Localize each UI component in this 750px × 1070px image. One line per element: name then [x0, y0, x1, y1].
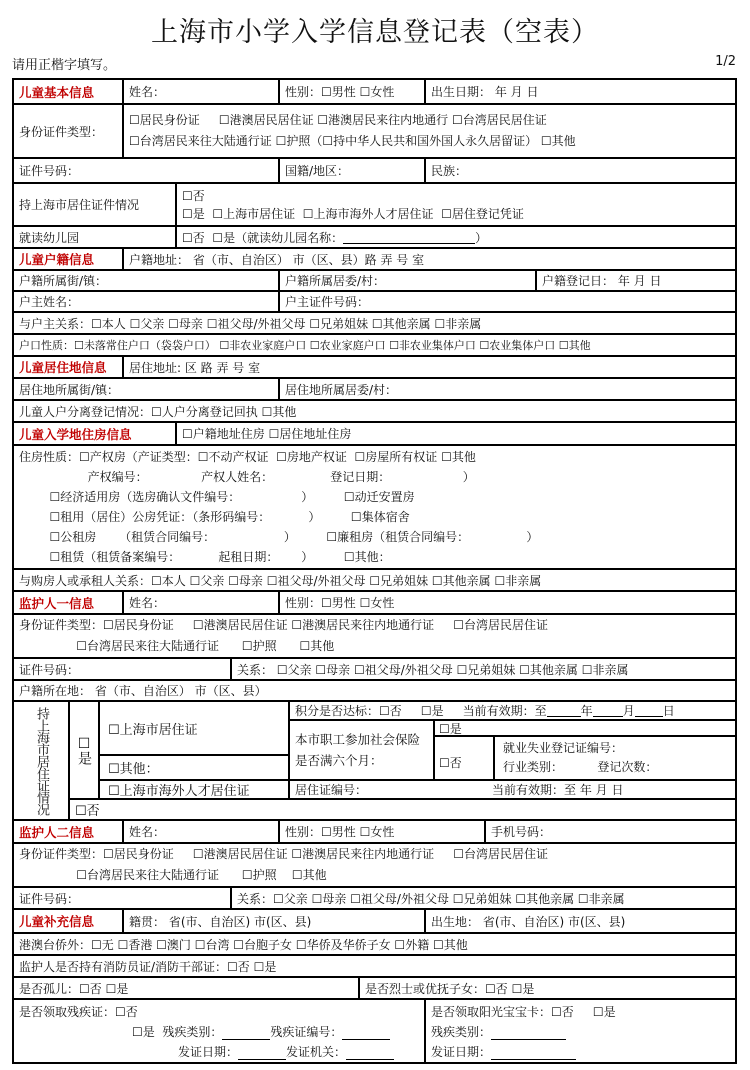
disability-issuer-blank[interactable]	[346, 1047, 394, 1060]
points-year-blank[interactable]	[547, 704, 581, 717]
housing-type-line-4[interactable]: ☐租用（居住）公房凭证：（条形码编号： ） ☐集体宿舍	[19, 507, 410, 527]
housing-header-row: 儿童入学地住房信息 ☐户籍地址住房 ☐居住地址住房	[14, 423, 735, 446]
guardian1-id-type-line-1[interactable]: 身份证件类型：☐居民身份证 ☐港澳居民居住证 ☐港澳居民来往内地通行证 ☐台湾居…	[19, 615, 548, 636]
guardian2-name-row: 监护人二信息 姓名： 性别：☐男性 ☐女性 手机号码：	[14, 821, 735, 844]
guardian1-name-field[interactable]: 姓名：	[124, 592, 280, 613]
firefighter-options[interactable]: 监护人是否持有消防员证/消防干部证：☐否 ☐是	[14, 956, 735, 976]
disability-issue-date-blank[interactable]	[238, 1047, 286, 1060]
disability-issuer-label: 发证机关：	[286, 1045, 346, 1059]
native-place-field[interactable]: 籍贯： 省(市、自治区) 市(区、县)	[124, 910, 426, 932]
hukou-type-row: 户口性质：☐未落常住户口（袋袋户口） ☐非农业家庭户口 ☐农业家庭户口 ☐非农业…	[14, 335, 735, 357]
guardian1-relation-options[interactable]: 关系： ☐父亲 ☐母亲 ☐祖父母/外祖父母 ☐兄弟姐妹 ☐其他亲属 ☐非亲属	[232, 659, 735, 679]
id-type-label: 身份证件类型：	[14, 105, 124, 157]
sh-residence-label: 持上海市居住证件情况	[14, 184, 177, 225]
kindergarten-name-blank[interactable]	[343, 231, 475, 244]
martyr-options[interactable]: 是否烈士或优抚子女：☐否 ☐是	[360, 978, 735, 998]
hukou-type-options[interactable]: 户口性质：☐未落常住户口（袋袋户口） ☐非农业家庭户口 ☐农业家庭户口 ☐非农业…	[14, 335, 735, 355]
sh-residence-options[interactable]: ☐否 ☐是 ☐上海市居住证 ☐上海市海外人才居住证 ☐居住登记凭证	[177, 184, 735, 225]
sunshine-category-row[interactable]: 残疾类别：	[431, 1023, 566, 1040]
housing-type-line-1[interactable]: 住房性质：☐产权房（产证类型：☐不动产权证 ☐房地产权证 ☐房屋所有权证 ☐其他	[19, 447, 476, 467]
sunshine-date-label: 发证日期：	[431, 1045, 491, 1059]
guardian2-id-number-field[interactable]: 证件号码：	[14, 888, 232, 908]
employment-cert-block[interactable]: 就业失业登记证编号： 行业类别： 登记次数：	[495, 737, 735, 781]
buyer-relation-row: 与购房人或承租人关系：☐本人 ☐父亲 ☐母亲 ☐祖父母/外祖父母 ☐兄弟姐妹 ☐…	[14, 570, 735, 592]
sunshine-date-blank[interactable]	[491, 1047, 576, 1060]
child-birth-date-field[interactable]: 出生日期： 年 月 日	[426, 80, 735, 103]
disability-row: 是否领取残疾证：☐否 ☐是 残疾类别：残疾证编号： 发证日期：发证机关： 是否领…	[14, 1000, 735, 1062]
sh-permit-label-cell: 持上海市居住证情况	[14, 702, 70, 819]
guardian1-id-type-row: 身份证件类型：☐居民身份证 ☐港澳居民居住证 ☐港澳居民来往内地通行证 ☐台湾居…	[14, 615, 735, 659]
residence-committee-field[interactable]: 居住地所属居委/村：	[280, 379, 735, 399]
household-relation-options[interactable]: 与户主关系：☐本人 ☐父亲 ☐母亲 ☐祖父母/外祖父母 ☐兄弟姐妹 ☐其他亲属 …	[14, 313, 735, 333]
household-relation-row: 与户主关系：☐本人 ☐父亲 ☐母亲 ☐祖父母/外祖父母 ☐兄弟姐妹 ☐其他亲属 …	[14, 313, 735, 335]
disability-cert-cell: 是否领取残疾证：☐否 ☐是 残疾类别：残疾证编号： 发证日期：发证机关：	[14, 1000, 426, 1062]
kindergarten-options[interactable]: ☐否 ☐是（就读幼儿园名称：）	[177, 227, 735, 247]
points-day-blank[interactable]	[635, 704, 663, 717]
section-header-guardian1: 监护人一信息	[14, 592, 124, 613]
sh-permit-yes-cell[interactable]: ☐是	[70, 702, 100, 800]
guardian1-id-type-options[interactable]: 身份证件类型：☐居民身份证 ☐港澳居民居住证 ☐港澳居民来往内地通行证 ☐台湾居…	[14, 615, 735, 657]
household-address-field[interactable]: 户籍地址： 省（市、自治区） 市（区、县）路 弄 号 室	[124, 249, 735, 269]
sunshine-card-options[interactable]: 是否领取阳光宝宝卡：☐否 ☐是	[431, 1003, 616, 1020]
guardian2-id-type-line-2[interactable]: ☐台湾居民来往大陆通行证 ☐护照 ☐其他	[19, 865, 327, 886]
orphan-options[interactable]: 是否孤儿：☐否 ☐是	[14, 978, 360, 998]
kindergarten-close-paren: ）	[475, 229, 487, 246]
buyer-relation-options[interactable]: 与购房人或承租人关系：☐本人 ☐父亲 ☐母亲 ☐祖父母/外祖父母 ☐兄弟姐妹 ☐…	[14, 570, 735, 590]
talent-permit-option[interactable]: ☐上海市海外人才居住证	[100, 781, 290, 800]
kindergarten-choice[interactable]: ☐否 ☐是（就读幼儿园名称：	[182, 229, 343, 246]
disability-cert-no[interactable]: 是否领取残疾证：☐否	[19, 1003, 138, 1020]
registration-form: 儿童基本信息 姓名： 性别：☐男性 ☐女性 出生日期： 年 月 日 身份证件类型…	[12, 78, 737, 1064]
permit-validity-field[interactable]: 当前有效期：至 年 月 日	[490, 781, 735, 800]
disability-issue-row[interactable]: 发证日期：发证机关：	[178, 1043, 394, 1060]
household-street-row: 户籍所属街/镇： 户籍所属居委/村： 户籍登记日： 年 月 日	[14, 271, 735, 292]
guardian2-id-type-options[interactable]: 身份证件类型：☐居民身份证 ☐港澳居民居住证 ☐港澳居民来往内地通行证 ☐台湾居…	[14, 844, 735, 886]
housing-address-options[interactable]: ☐户籍地址住房 ☐居住地址住房	[177, 423, 735, 444]
residence-street-field[interactable]: 居住地所属街/镇：	[14, 379, 280, 399]
guardian2-id-type-row: 身份证件类型：☐居民身份证 ☐港澳居民居住证 ☐港澳居民来往内地通行证 ☐台湾居…	[14, 844, 735, 888]
household-head-row: 户主姓名： 户主证件号码：	[14, 292, 735, 313]
child-basic-row-1: 儿童基本信息 姓名： 性别：☐男性 ☐女性 出生日期： 年 月 日	[14, 80, 735, 105]
guardian2-relation-options[interactable]: 关系：☐父亲 ☐母亲 ☐祖父母/外祖父母 ☐兄弟姐妹 ☐其他亲属 ☐非亲属	[232, 888, 735, 908]
disability-category-blank[interactable]	[222, 1027, 270, 1040]
housing-type-line-6[interactable]: ☐租赁（租赁备案编号： 起租日期： ） ☐其他：	[19, 547, 391, 567]
social-insurance-no[interactable]: ☐否	[435, 737, 495, 781]
sunshine-card-cell: 是否领取阳光宝宝卡：☐否 ☐是 残疾类别： 发证日期：	[426, 1000, 735, 1062]
disability-yes-category-label[interactable]: ☐是 残疾类别：	[132, 1025, 222, 1039]
permit-number-field[interactable]: 居住证编号：	[290, 781, 490, 800]
birthplace-field[interactable]: 出生地： 省(市、自治区) 市(区、县)	[426, 910, 735, 932]
fill-instruction: 请用正楷字填写。	[12, 54, 116, 73]
housing-type-line-3[interactable]: ☐经济适用房（选房确认文件编号： ） ☐动迁安置房	[19, 487, 415, 507]
sunshine-date-row[interactable]: 发证日期：	[431, 1043, 576, 1060]
section-header-child-basic: 儿童基本信息	[14, 80, 124, 103]
disability-yes-row[interactable]: ☐是 残疾类别：残疾证编号：	[132, 1023, 390, 1040]
sh-residence-no[interactable]: ☐否	[182, 187, 205, 205]
guardian2-name-field[interactable]: 姓名：	[124, 821, 280, 842]
points-month-blank[interactable]	[593, 704, 623, 717]
guardian1-hukou-row: 户籍所在地： 省（市、自治区） 市（区、县）	[14, 681, 735, 702]
residence-separation-options[interactable]: 儿童人户分离登记情况：☐人户分离登记回执 ☐其他	[14, 401, 735, 421]
guardian2-phone-field[interactable]: 手机号码：	[486, 821, 735, 842]
housing-type-line-2[interactable]: 产权编号： 产权人姓名： 登记日期： ）	[19, 467, 475, 487]
id-type-options-line-1[interactable]: ☐居民身份证 ☐港澳居民居住证 ☐港澳居民来往内地通行 ☐台湾居民居住证	[129, 110, 547, 131]
social-insurance-yes[interactable]: ☐是	[435, 721, 735, 737]
section-header-household: 儿童户籍信息	[14, 249, 124, 269]
housing-type-options[interactable]: 住房性质：☐产权房（产证类型：☐不动产权证 ☐房地产权证 ☐房屋所有权证 ☐其他…	[14, 446, 735, 568]
id-type-options-line-2[interactable]: ☐台湾居民来往大陆通行证 ☐护照（☐持中华人民共和国外国人永久居留证） ☐其他	[129, 131, 576, 152]
disability-cert-number-label: 残疾证编号：	[270, 1025, 342, 1039]
guardian2-id-type-line-1[interactable]: 身份证件类型：☐居民身份证 ☐港澳居民居住证 ☐港澳居民来往内地通行证 ☐台湾居…	[19, 844, 548, 865]
guardian1-gender-field[interactable]: 性别：☐男性 ☐女性	[280, 592, 735, 613]
disability-cert-number-blank[interactable]	[342, 1027, 390, 1040]
kindergarten-label: 就读幼儿园	[14, 227, 177, 247]
household-committee-field[interactable]: 户籍所属居委/村：	[280, 271, 537, 290]
guardian1-sh-permit-block: 持上海市居住证情况 ☐是 ☐上海市居住证 ☐其他： ☐上海市海外人才居住证 积分…	[14, 702, 735, 821]
child-id-number-row: 证件号码： 国籍/地区： 民族：	[14, 159, 735, 184]
disability-issue-date-label: 发证日期：	[178, 1045, 238, 1059]
industry-and-reg-count[interactable]: 行业类别： 登记次数：	[503, 758, 657, 777]
social-insurance-label: 本市职工参加社会保险是否满六个月：	[290, 721, 435, 781]
section-header-guardian2: 监护人二信息	[14, 821, 124, 842]
points-met-row[interactable]: 积分是否达标：☐否 ☐是 当前有效期：至年月日	[290, 702, 735, 721]
household-head-name-field[interactable]: 户主姓名：	[14, 292, 280, 311]
section-header-housing: 儿童入学地住房信息	[14, 423, 177, 444]
child-nationality-field[interactable]: 国籍/地区：	[280, 159, 426, 182]
child-gender-field[interactable]: 性别：☐男性 ☐女性	[280, 80, 426, 103]
page-number: 1/2	[715, 54, 736, 69]
guardian2-id-number-row: 证件号码： 关系：☐父亲 ☐母亲 ☐祖父母/外祖父母 ☐兄弟姐妹 ☐其他亲属 ☐…	[14, 888, 735, 910]
points-year-label: 年	[581, 702, 593, 719]
supplement-native-row: 儿童补充信息 籍贯： 省(市、自治区) 市(区、县) 出生地： 省(市、自治区)…	[14, 910, 735, 934]
form-title: 上海市小学入学信息登记表（空表）	[0, 10, 750, 49]
sh-permit-other-option[interactable]: ☐其他：	[100, 756, 290, 781]
housing-type-line-5[interactable]: ☐公租房 （租赁合同编号： ） ☐廉租房（租赁合同编号： ）	[19, 527, 538, 547]
sh-residence-row: 持上海市居住证件情况 ☐否 ☐是 ☐上海市居住证 ☐上海市海外人才居住证 ☐居住…	[14, 184, 735, 227]
overseas-options[interactable]: 港澳台侨外：☐无 ☐香港 ☐澳门 ☐台湾 ☐台胞子女 ☐华侨及华侨子女 ☐外籍 …	[14, 934, 735, 954]
sh-permit-label: 持上海市居住证情况	[34, 707, 48, 815]
guardian2-gender-field[interactable]: 性别：☐男性 ☐女性	[280, 821, 486, 842]
firefighter-row: 监护人是否持有消防员证/消防干部证：☐否 ☐是	[14, 956, 735, 978]
child-id-type-options[interactable]: ☐居民身份证 ☐港澳居民居住证 ☐港澳居民来往内地通行 ☐台湾居民居住证 ☐台湾…	[124, 105, 735, 157]
kindergarten-row: 就读幼儿园 ☐否 ☐是（就读幼儿园名称：）	[14, 227, 735, 249]
sh-residence-permit-option[interactable]: ☐上海市居住证	[100, 702, 290, 756]
residence-street-row: 居住地所属街/镇： 居住地所属居委/村：	[14, 379, 735, 401]
household-address-row: 儿童户籍信息 户籍地址： 省（市、自治区） 市（区、县）路 弄 号 室	[14, 249, 735, 271]
child-name-field[interactable]: 姓名：	[124, 80, 280, 103]
overseas-row: 港澳台侨外：☐无 ☐香港 ☐澳门 ☐台湾 ☐台胞子女 ☐华侨及华侨子女 ☐外籍 …	[14, 934, 735, 956]
household-head-id-field[interactable]: 户主证件号码：	[280, 292, 735, 311]
sunshine-category-blank[interactable]	[491, 1027, 566, 1040]
points-month-label: 月	[623, 702, 635, 719]
housing-type-row: 住房性质：☐产权房（产证类型：☐不动产权证 ☐房地产权证 ☐房屋所有权证 ☐其他…	[14, 446, 735, 570]
sh-permit-no[interactable]: ☐否	[70, 800, 735, 819]
points-met-options[interactable]: 积分是否达标：☐否 ☐是 当前有效期：至	[295, 702, 547, 719]
child-ethnicity-field[interactable]: 民族：	[426, 159, 735, 182]
guardian1-id-number-row: 证件号码： 关系： ☐父亲 ☐母亲 ☐祖父母/外祖父母 ☐兄弟姐妹 ☐其他亲属 …	[14, 659, 735, 681]
sunshine-category-label: 残疾类别：	[431, 1025, 491, 1039]
sh-permit-yes[interactable]: ☐是	[77, 736, 91, 764]
residence-address-row: 儿童居住地信息 居住地址: 区 路 弄 号 室	[14, 357, 735, 379]
section-header-residence: 儿童居住地信息	[14, 357, 124, 377]
employment-cert-number[interactable]: 就业失业登记证编号：	[503, 739, 623, 758]
household-reg-date-field[interactable]: 户籍登记日： 年 月 日	[537, 271, 735, 290]
guardian1-name-row: 监护人一信息 姓名： 性别：☐男性 ☐女性	[14, 592, 735, 615]
household-street-field[interactable]: 户籍所属街/镇：	[14, 271, 280, 290]
sh-residence-yes-options[interactable]: ☐是 ☐上海市居住证 ☐上海市海外人才居住证 ☐居住登记凭证	[182, 205, 524, 223]
guardian1-id-type-line-2[interactable]: ☐台湾居民来往大陆通行证 ☐护照 ☐其他	[19, 636, 334, 657]
points-day-label: 日	[663, 702, 675, 719]
guardian1-id-number-field[interactable]: 证件号码：	[14, 659, 232, 679]
section-header-supplement: 儿童补充信息	[14, 910, 124, 932]
orphan-martyr-row: 是否孤儿：☐否 ☐是 是否烈士或优抚子女：☐否 ☐是	[14, 978, 735, 1000]
residence-address-field[interactable]: 居住地址: 区 路 弄 号 室	[124, 357, 735, 377]
child-id-number-field[interactable]: 证件号码：	[14, 159, 280, 182]
residence-separation-row: 儿童人户分离登记情况：☐人户分离登记回执 ☐其他	[14, 401, 735, 423]
guardian1-hukou-location-field[interactable]: 户籍所在地： 省（市、自治区） 市（区、县）	[14, 681, 735, 700]
child-id-type-row: 身份证件类型： ☐居民身份证 ☐港澳居民居住证 ☐港澳居民来往内地通行 ☐台湾居…	[14, 105, 735, 159]
